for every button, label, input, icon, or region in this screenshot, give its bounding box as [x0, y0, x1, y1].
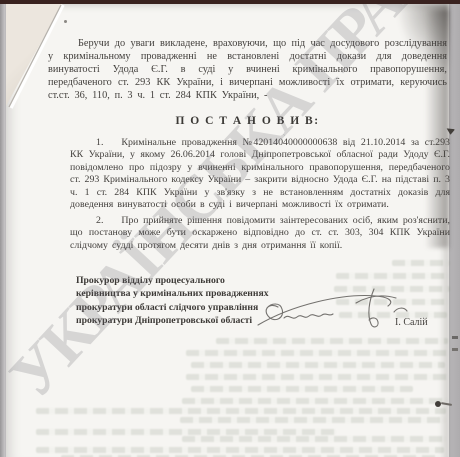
item-text: Про прийняте рішення повідомити заінтере… [70, 215, 450, 251]
signatory-title-line: прокуратури Дніпропетровської області [76, 314, 269, 327]
handwritten-signature [256, 287, 414, 333]
signatory-title-line: Прокурор відділу процесуального [76, 274, 269, 287]
document-content: Беручи до уваги викладене, враховуючи, щ… [6, 4, 449, 457]
scan-top-edge [0, 0, 460, 4]
scan-artifact [452, 348, 458, 351]
document-page: Беручи до уваги викладене, враховуючи, щ… [6, 4, 449, 457]
signatory-title-line: керівництва у кримінальних провадженнях [76, 287, 269, 300]
scanned-document: Беручи до уваги викладене, враховуючи, щ… [0, 0, 460, 457]
signatory-name: І. Салій [395, 317, 428, 328]
intro-paragraph: Беручи до уваги викладене, враховуючи, щ… [48, 37, 447, 102]
scan-artifact [435, 401, 441, 407]
scan-artifact [64, 20, 67, 23]
resolution-item-1: 1.Кримінальне провадження №4201404000000… [70, 137, 450, 211]
signatory-title-block: Прокурор відділу процесуального керівниц… [76, 274, 269, 327]
item-number: 1. [83, 137, 103, 149]
resolution-item-2: 2.Про прийняте рішення повідомити заінте… [70, 215, 450, 252]
scan-artifact [452, 336, 458, 339]
item-number: 2. [83, 215, 103, 227]
resolution-heading: П О С Т А Н О В И В: [48, 115, 447, 127]
item-text: Кримінальне провадження №420140400000006… [70, 137, 450, 210]
signatory-title-line: прокуратури області слідчого управління [76, 301, 269, 314]
